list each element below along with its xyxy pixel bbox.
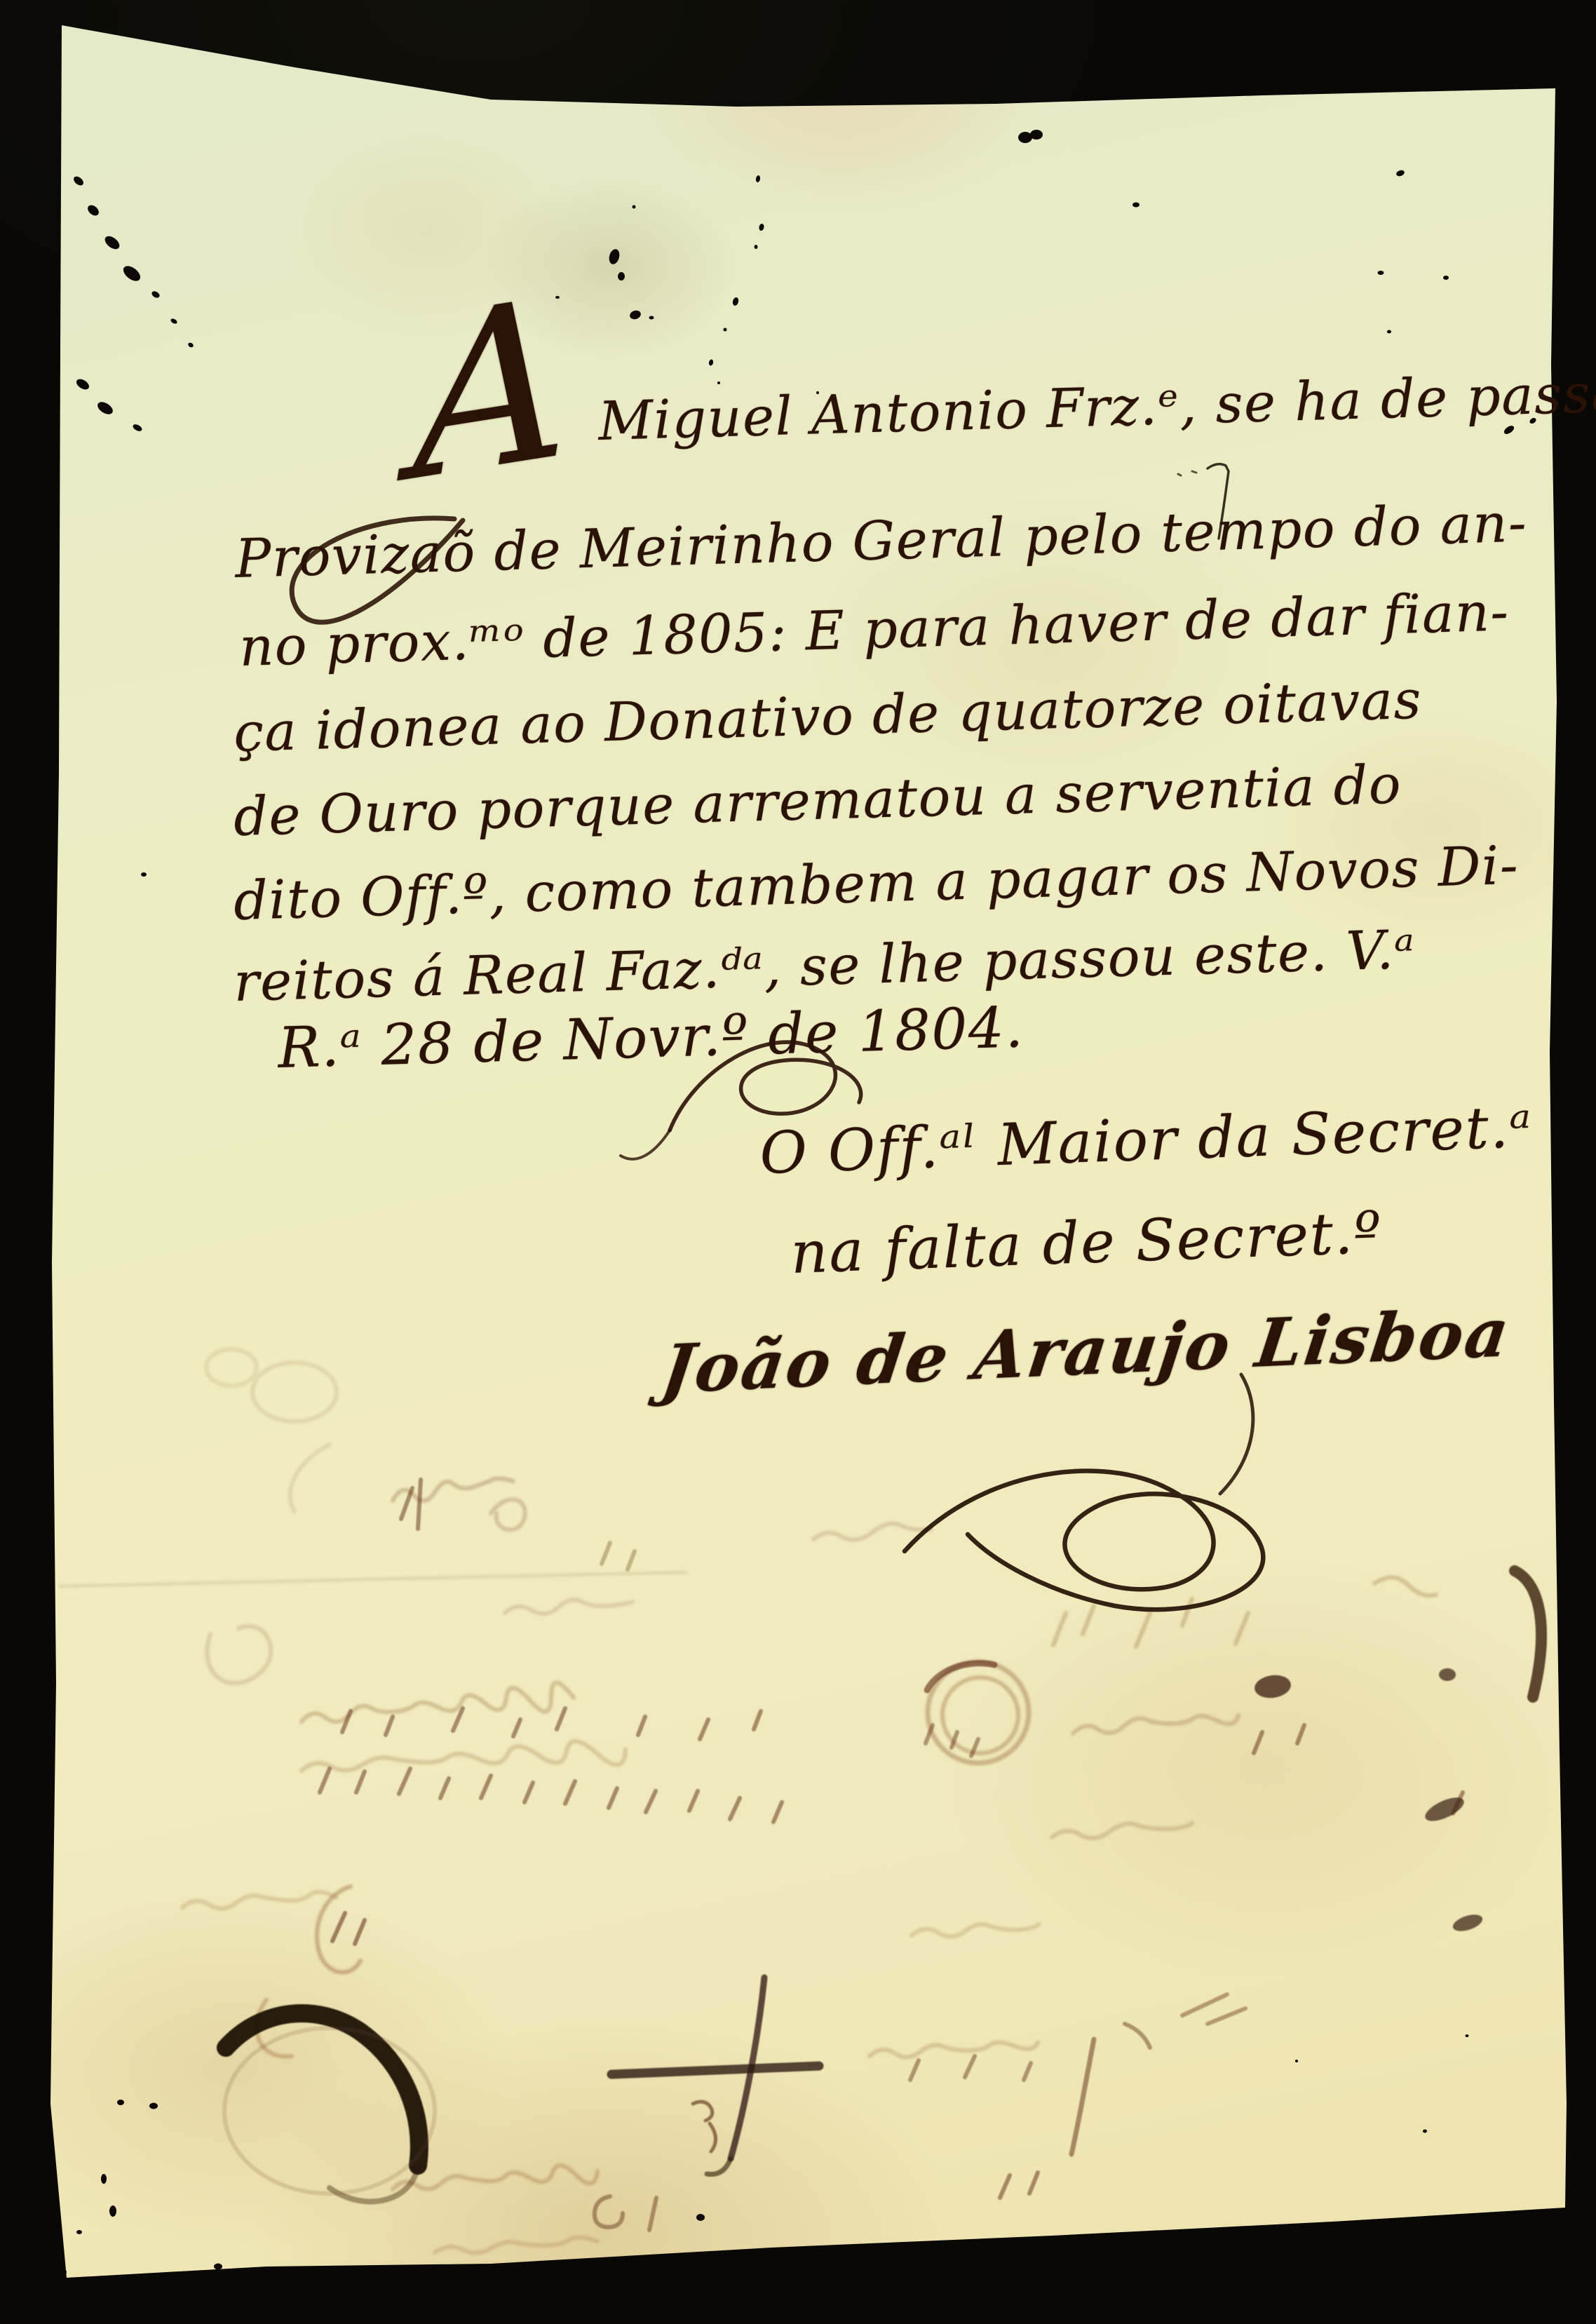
- scan-background: A Miguel Antonio Frz.ᵉ, se ha de passar …: [0, 0, 1596, 2324]
- drop-cap-initial: A: [410, 269, 569, 513]
